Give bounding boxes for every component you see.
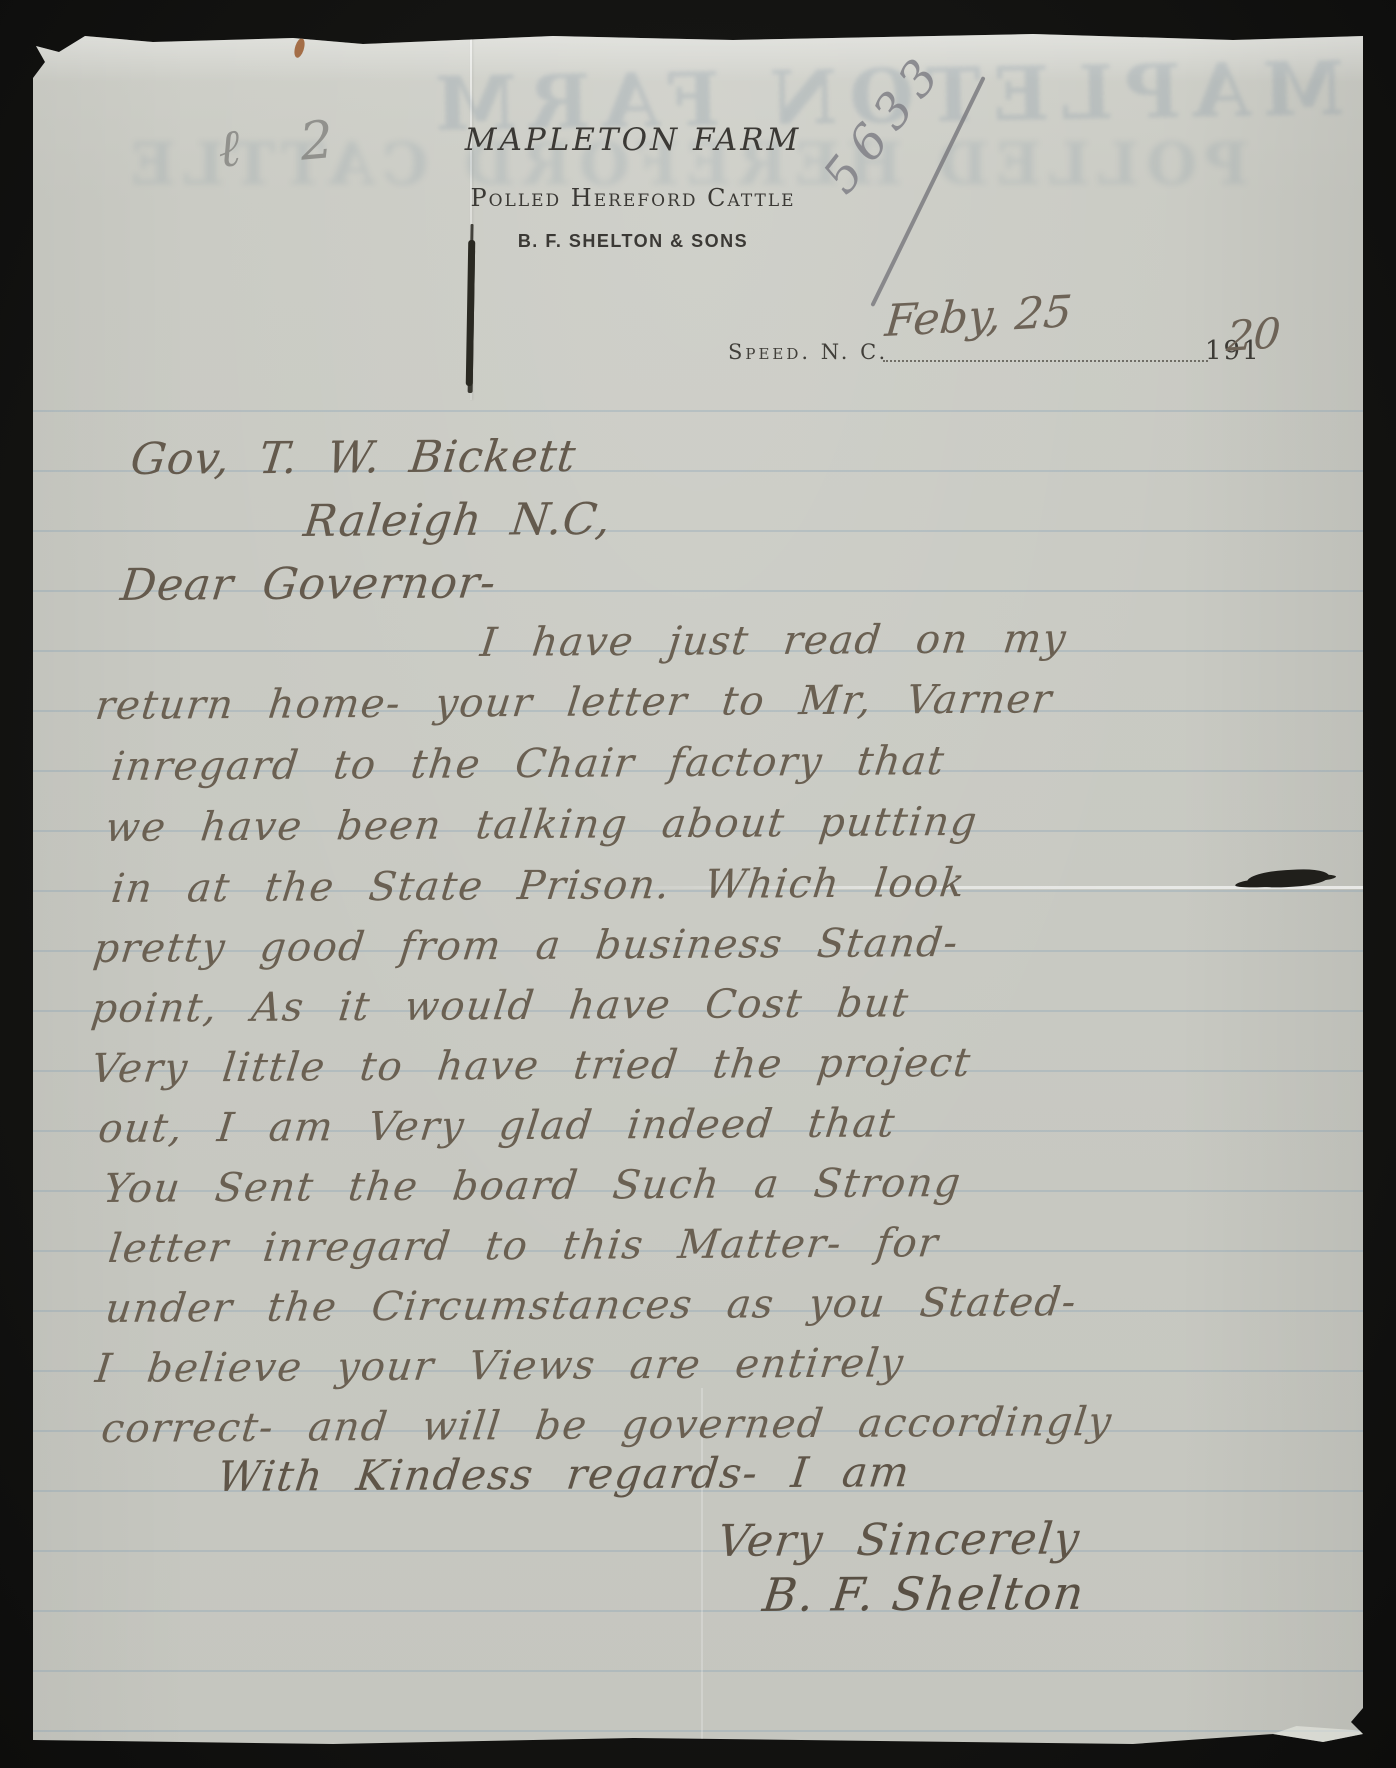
ruled-line (33, 1670, 1363, 1672)
top-fold-highlight (33, 28, 1363, 82)
ruled-line (33, 1730, 1363, 1732)
body-line: I believe your Views are entirely (93, 1340, 907, 1392)
scan-background: { "letterhead": { "farm_name": "MAPLETON… (0, 0, 1396, 1768)
body-line: correct- and will be governed accordingl… (99, 1399, 1115, 1452)
ruled-line (33, 1550, 1363, 1552)
recipient-name-line: Gov, T. W. Bickett (128, 431, 579, 485)
signature-line: B. F. Shelton (760, 1566, 1088, 1622)
body-line: in at the State Prison. Which look (109, 860, 968, 912)
paper-tear-bottom-right (1268, 1726, 1363, 1742)
body-line: You Sent the board Such a Strong (101, 1160, 964, 1212)
pencil-squiggle-mark: ℓ 2 (216, 108, 358, 180)
handwritten-year-suffix: 20 (1225, 308, 1282, 361)
body-line: inregard to the Chair factory that (109, 738, 948, 790)
body-line: pretty good from a business Stand- (91, 920, 961, 972)
ink-stroke-mark (466, 240, 476, 386)
body-line: Very little to have tried the project (89, 1040, 974, 1092)
body-line: I have just read on my (478, 616, 1069, 666)
body-line: return home- your letter to Mr, Varner (93, 676, 1055, 729)
recipient-city-line: Raleigh N.C, (301, 494, 614, 547)
body-line: point, As it would have Cost but (89, 980, 912, 1032)
letterhead-tagline: Polled Hereford Cattle (263, 184, 1003, 212)
letter-paper: MAPLETON FARM Polled Hereford Cattle MAP… (33, 28, 1363, 1748)
body-line: under the Circumstances as you Stated- (103, 1279, 1080, 1332)
dateline-place: Speed. N. C. (728, 340, 888, 364)
closing-signoff-line: Very Sincerely (715, 1513, 1083, 1567)
salutation-line: Dear Governor- (118, 557, 499, 611)
closing-regards-line: With Kindess regards- I am (215, 1447, 913, 1501)
ruled-line (33, 1610, 1363, 1612)
body-line: we have been talking about putting (103, 799, 980, 851)
body-line: letter inregard to this Matter- for (106, 1220, 942, 1272)
handwritten-date: Feby, 25 (883, 286, 1074, 347)
ruled-line (33, 530, 1363, 532)
body-line: out, I am Very glad indeed that (96, 1100, 898, 1152)
ruled-line (33, 410, 1363, 412)
letterhead-owner: B. F. SHELTON & SONS (263, 231, 1003, 252)
